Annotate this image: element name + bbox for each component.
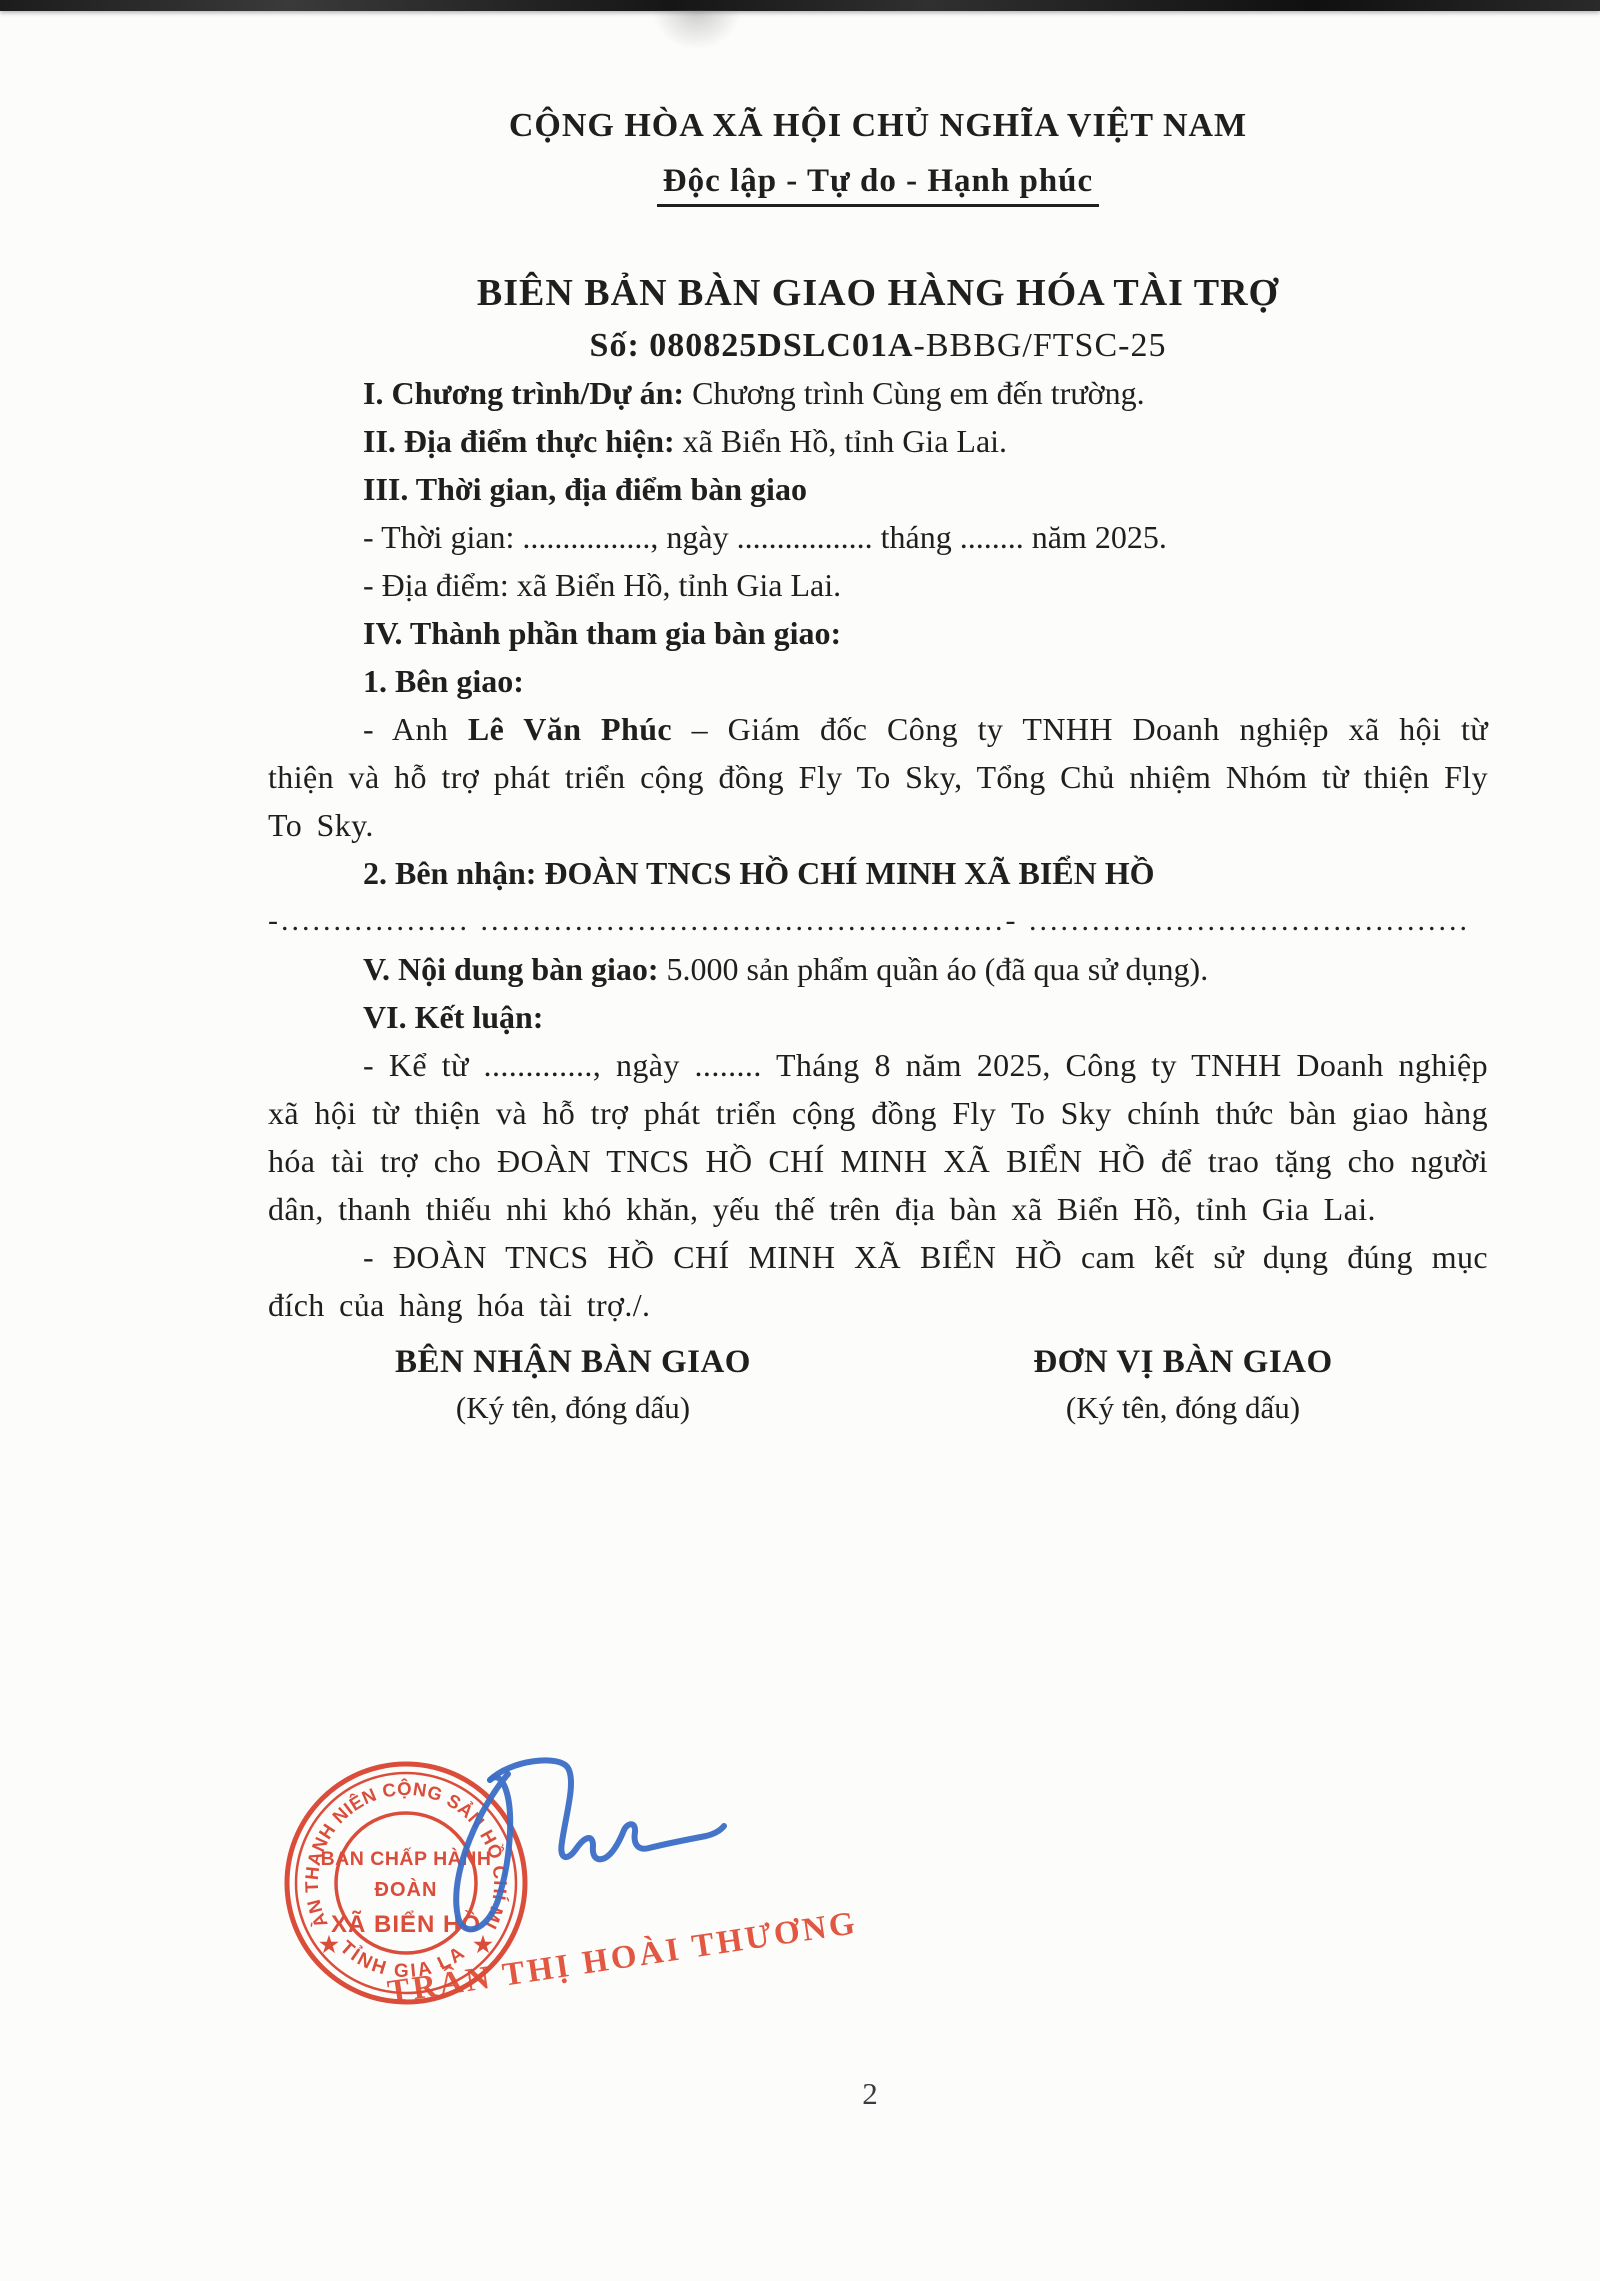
section-iii-time-line: - Thời gian: ................, ngày ....… xyxy=(268,513,1488,561)
signature-loop-stroke xyxy=(456,1774,510,1929)
section-iv-heading-text: IV. Thành phần tham gia bàn giao: xyxy=(363,615,841,651)
document-number: Số: 080825DSLC01A-BBBG/FTSC-25 xyxy=(268,323,1488,369)
section-v-line: V. Nội dung bàn giao: 5.000 sản phẩm quầ… xyxy=(268,945,1488,993)
section-v-text: 5.000 sản phẩm quần áo (đã qua sử dụng). xyxy=(659,951,1209,987)
signature-flourish-stroke xyxy=(490,1760,724,1859)
giver-signature-note: (Ký tên, đóng dấu) xyxy=(878,1387,1488,1429)
receiver-name: ĐOÀN TNCS HỒ CHÍ MINH XÃ BIỂN HỒ xyxy=(536,855,1154,891)
section-iv-receiver-line: 2. Bên nhận: ĐOÀN TNCS HỒ CHÍ MINH XÃ BI… xyxy=(268,849,1488,897)
receiver-signature-note: (Ký tên, đóng dấu) xyxy=(268,1387,878,1429)
section-iv-giver-heading-text: 1. Bên giao: xyxy=(363,663,524,699)
section-i-line: I. Chương trình/Dự án: Chương trình Cùng… xyxy=(268,369,1488,417)
giver-prefix: - Anh xyxy=(363,711,468,747)
document-page: CỘNG HÒA XÃ HỘI CHỦ NGHĨA VIỆT NAM Độc l… xyxy=(0,0,1600,2281)
handwritten-signature xyxy=(410,1752,740,1947)
receiver-label: 2. Bên nhận: xyxy=(363,855,536,891)
section-iii-heading: III. Thời gian, địa điểm bàn giao xyxy=(268,465,1488,513)
section-iv-giver-paragraph: - Anh Lê Văn Phúc – Giám đốc Công ty TNH… xyxy=(268,705,1488,849)
national-header-title: CỘNG HÒA XÃ HỘI CHỦ NGHĨA VIỆT NAM xyxy=(268,104,1488,148)
receiver-signature-title: BÊN NHẬN BÀN GIAO xyxy=(268,1341,878,1383)
section-vi-heading-text: VI. Kết luận: xyxy=(363,999,543,1035)
section-iv-heading: IV. Thành phần tham gia bàn giao: xyxy=(268,609,1488,657)
page-number: 2 xyxy=(840,2076,900,2112)
section-ii-text: xã Biển Hồ, tỉnh Gia Lai. xyxy=(675,423,1007,459)
section-vi-paragraph-1: - Kể từ ............., ngày ........ Thá… xyxy=(268,1041,1488,1233)
section-ii-line: II. Địa điểm thực hiện: xã Biển Hồ, tỉnh… xyxy=(268,417,1488,465)
section-iv-giver-heading: 1. Bên giao: xyxy=(268,657,1488,705)
signature-column-giver: ĐƠN VỊ BÀN GIAO (Ký tên, đóng dấu) xyxy=(878,1341,1488,1429)
document-number-code: Số: 080825DSLC01A xyxy=(590,327,914,364)
section-v-label: V. Nội dung bàn giao: xyxy=(363,951,659,987)
document-content: CỘNG HÒA XÃ HỘI CHỦ NGHĨA VIỆT NAM Độc l… xyxy=(0,0,1600,1429)
section-vi-paragraph-2: - ĐOÀN TNCS HỒ CHÍ MINH XÃ BIỂN HỒ cam k… xyxy=(268,1233,1488,1329)
signature-column-receiver: BÊN NHẬN BÀN GIAO (Ký tên, đóng dấu) xyxy=(268,1341,878,1429)
signature-block: BÊN NHẬN BÀN GIAO (Ký tên, đóng dấu) ĐƠN… xyxy=(268,1341,1488,1429)
section-vi-heading: VI. Kết luận: xyxy=(268,993,1488,1041)
fill-in-dotted-line: -.................. ....................… xyxy=(268,897,1488,945)
document-title: BIÊN BẢN BÀN GIAO HÀNG HÓA TÀI TRỢ xyxy=(268,269,1488,317)
national-motto-wrap: Độc lập - Tự do - Hạnh phúc xyxy=(268,160,1488,207)
section-i-text: Chương trình Cùng em đến trường. xyxy=(684,375,1145,411)
section-ii-label: II. Địa điểm thực hiện: xyxy=(363,423,675,459)
document-number-suffix: -BBBG/FTSC-25 xyxy=(914,327,1167,364)
giver-name: Lê Văn Phúc xyxy=(468,711,672,747)
section-iii-heading-text: III. Thời gian, địa điểm bàn giao xyxy=(363,471,807,507)
national-motto: Độc lập - Tự do - Hạnh phúc xyxy=(657,161,1099,207)
giver-signature-title: ĐƠN VỊ BÀN GIAO xyxy=(878,1341,1488,1383)
section-iii-place-line: - Địa điểm: xã Biển Hồ, tỉnh Gia Lai. xyxy=(268,561,1488,609)
section-i-label: I. Chương trình/Dự án: xyxy=(363,375,684,411)
